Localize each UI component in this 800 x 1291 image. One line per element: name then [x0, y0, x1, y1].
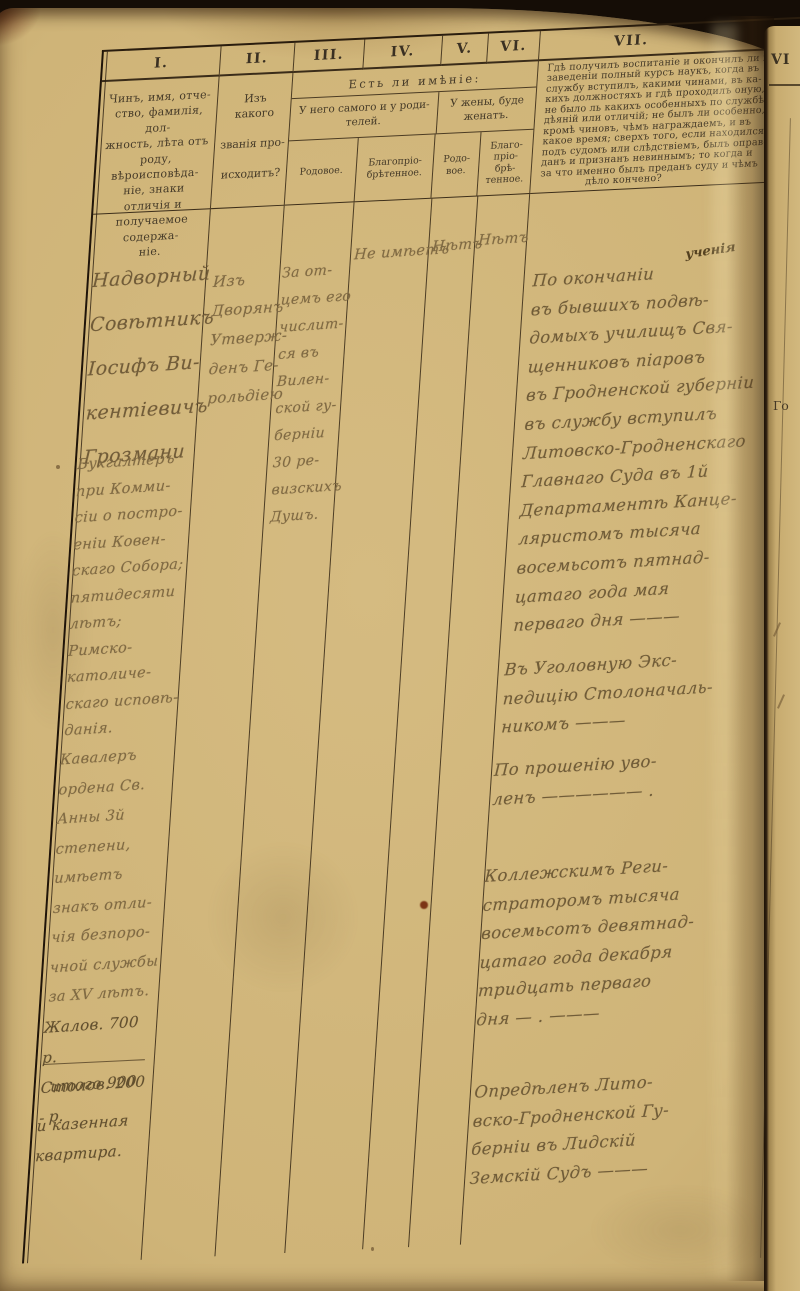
service-record-table: I. II. III. IV. V. VI. VII. Чинъ, имя, о…: [22, 16, 800, 1263]
header-own-ancestral: Родовое.: [285, 138, 359, 205]
numeral-label: VI.: [500, 38, 528, 55]
next-page-edge: VI Го: [764, 26, 800, 1291]
header-rank-name: Чинъ, имя, отче- ство, фамилія, дол- жно…: [93, 76, 219, 214]
entry-lodging: и казенная квартира.: [35, 1105, 130, 1171]
header-wife-acquired: Благо- пріо- брѣ- тенное.: [478, 130, 534, 196]
entry-service-history-4: Коллежскимъ Реги- страторомъ тысяча восе…: [476, 850, 699, 1035]
numeral-label: VII.: [613, 32, 649, 50]
entry-service-history-3: По прошенію уво- ленъ —————— .: [492, 747, 658, 814]
numeral-label: III.: [313, 46, 345, 64]
column-numeral-3: III.: [293, 39, 365, 72]
numeral-label: IV.: [390, 43, 415, 60]
next-page-numeral: VI: [771, 52, 790, 68]
next-page-pen-mark: [777, 694, 785, 709]
header-wife-ancestral: Родо- вое.: [432, 132, 482, 198]
paper-speck: [371, 1247, 374, 1251]
photo-of-document: { "table": { "numerals": ["I.", "II.", "…: [0, 0, 800, 1291]
column-numeral-4: IV.: [363, 36, 443, 70]
entry-service-history-5: Опредѣленъ Лито- вско-Гродненской Гу- бе…: [469, 1067, 672, 1193]
header-estate-own: У него самого и у роди- телей.: [289, 92, 439, 140]
header-estate-group: Есть ли имѣніе: У него самого и у роди- …: [285, 61, 539, 205]
numeral-label: V.: [456, 40, 473, 57]
ink-stain: [420, 901, 428, 909]
next-page-column-line: [760, 118, 791, 1258]
numeral-label: II.: [245, 50, 268, 67]
entry-awards: Кавалеръ ордена Св. Анны 3й степени, имѣ…: [48, 739, 169, 1013]
header-estate-wife: У жены, буде женатъ.: [437, 87, 537, 133]
column-numeral-2: II.: [220, 43, 296, 77]
numeral-label: I.: [154, 55, 169, 72]
entry-position: Бухгалтеръ при Комми- сіи о постро- еніи…: [64, 445, 192, 745]
header-estate-kinds: Родовое. Благопріо- брѣтенное. Родо- вое…: [285, 130, 534, 205]
column-numeral-6: VI.: [487, 31, 541, 64]
next-page-rule: [769, 84, 800, 86]
header-own-acquired: Благопріо- брѣтенное.: [354, 134, 436, 201]
entry-service-history-2: Въ Уголовную Экс- педицію Столоначаль- н…: [500, 644, 715, 742]
next-page-fragment: Го: [773, 398, 789, 413]
paper-speck: [56, 465, 60, 469]
entry-wife-acquired-estate: Нѣтъ: [478, 228, 529, 251]
header-origin: Изъ какого званія про- исходитъ?: [211, 73, 294, 209]
header-col2-text: Изъ какого званія про- исходитъ?: [213, 73, 293, 183]
column-numeral-5: V.: [441, 34, 489, 66]
